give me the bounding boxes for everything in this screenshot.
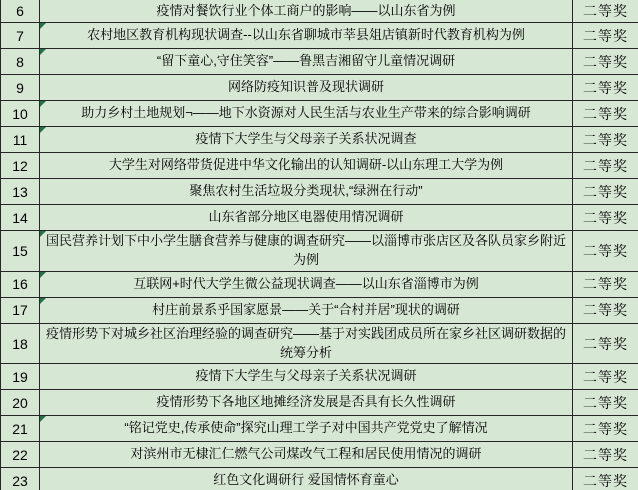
award-cell[interactable]: 二等奖	[573, 75, 638, 101]
table-row: 17 村庄前景系乎国家愿景——关于“合村并居”现状的调研 二等奖	[1, 297, 638, 323]
award-label: 二等奖	[583, 395, 628, 411]
title-cell[interactable]: “留下童心,守住笑容”——鲁黑吉湘留守儿童情况调研	[40, 49, 573, 75]
row-number: 14	[12, 210, 28, 226]
award-label: 二等奖	[583, 302, 628, 318]
project-title: 村庄前景系乎国家愿景——关于“合村并居”现状的调研	[152, 302, 460, 317]
row-number-cell[interactable]: 23	[1, 468, 40, 490]
title-cell[interactable]: 农村地区教育机构现状调查--以山东省聊城市莘县俎店镇新时代教育机构为例	[40, 23, 573, 49]
row-number-cell[interactable]: 9	[1, 75, 40, 101]
title-cell[interactable]: 疫情下大学生与父母亲子关系状况调研	[40, 364, 573, 390]
title-cell[interactable]: 聚焦农村生活垃圾分类现状,“绿洲在行动”	[40, 179, 573, 205]
table-row: 13 聚焦农村生活垃圾分类现状,“绿洲在行动” 二等奖	[1, 179, 638, 205]
row-number: 16	[12, 276, 28, 292]
title-cell[interactable]: 国民营养计划下中小学生膳食营养与健康的调查研究——以淄博市张店区及各队员家乡附近…	[40, 231, 573, 272]
award-label: 二等奖	[583, 276, 628, 292]
award-cell[interactable]: 二等奖	[573, 23, 638, 49]
row-number: 17	[12, 302, 28, 318]
title-cell[interactable]: 互联网+时代大学生微公益现状调查——以山东省淄博市为例	[40, 271, 573, 297]
row-number: 19	[12, 369, 28, 385]
row-number: 20	[12, 395, 28, 411]
cell-corner-triangle-icon	[40, 231, 46, 237]
cell-corner-triangle-icon	[40, 101, 46, 107]
award-label: 二等奖	[583, 473, 628, 489]
row-number-cell[interactable]: 6	[1, 0, 40, 23]
title-cell[interactable]: 大学生对网络带货促进中华文化输出的认知调研-以山东理工大学为例	[40, 153, 573, 179]
project-title: 疫情形势下各地区地摊经济发展是否具有长久性调研	[156, 394, 455, 409]
award-label: 二等奖	[583, 132, 628, 148]
award-cell[interactable]: 二等奖	[573, 442, 638, 468]
table-row: 18 疫情形势下对城乡社区治理经验的调查研究——基于对实践团成员所在家乡社区调研…	[1, 323, 638, 364]
row-number-cell[interactable]: 20	[1, 390, 40, 416]
project-title: 山东省部分地区电器使用情况调研	[208, 209, 403, 224]
award-cell[interactable]: 二等奖	[573, 468, 638, 490]
award-label: 二等奖	[583, 28, 628, 44]
award-cell[interactable]: 二等奖	[573, 101, 638, 127]
row-number: 11	[13, 132, 28, 148]
project-title: 助力乡村土地规划¬——地下水资源对人民生活与农业生产带来的综合影响调研	[81, 105, 531, 120]
award-cell[interactable]: 二等奖	[573, 271, 638, 297]
award-label: 二等奖	[583, 336, 628, 352]
award-cell[interactable]: 二等奖	[573, 127, 638, 153]
table-row: 8 “留下童心,守住笑容”——鲁黑吉湘留守儿童情况调研 二等奖	[1, 49, 638, 75]
project-title: 红色文化调研行 爱国情怀育童心	[213, 472, 399, 487]
table-row: 12 大学生对网络带货促进中华文化输出的认知调研-以山东理工大学为例 二等奖	[1, 153, 638, 179]
row-number-cell[interactable]: 11	[1, 127, 40, 153]
awards-table: 6 疫情对餐饮行业个体工商户的影响——以山东省为例 二等奖 7 农村地区教育机构…	[0, 0, 638, 490]
row-number: 23	[12, 473, 28, 489]
row-number: 15	[12, 243, 28, 259]
title-cell[interactable]: 助力乡村土地规划¬——地下水资源对人民生活与农业生产带来的综合影响调研	[40, 101, 573, 127]
row-number-cell[interactable]: 13	[1, 179, 40, 205]
project-title: “留下童心,守住笑容”——鲁黑吉湘留守儿童情况调研	[157, 53, 455, 68]
project-title: 大学生对网络带货促进中华文化输出的认知调研-以山东理工大学为例	[109, 157, 503, 172]
title-cell[interactable]: 山东省部分地区电器使用情况调研	[40, 205, 573, 231]
table-row: 11 疫情下大学生与父母亲子关系状况调查 二等奖	[1, 127, 638, 153]
title-cell[interactable]: 疫情形势下各地区地摊经济发展是否具有长久性调研	[40, 390, 573, 416]
project-title: 疫情下大学生与父母亲子关系状况调查	[195, 131, 416, 146]
award-label: 二等奖	[583, 243, 628, 259]
table-row: 10 助力乡村土地规划¬——地下水资源对人民生活与农业生产带来的综合影响调研 二…	[1, 101, 638, 127]
title-cell[interactable]: 疫情形势下对城乡社区治理经验的调查研究——基于对实践团成员所在家乡社区调研数据的…	[40, 323, 573, 364]
award-cell[interactable]: 二等奖	[573, 49, 638, 75]
cell-corner-triangle-icon	[40, 127, 46, 133]
row-number: 12	[12, 158, 28, 174]
project-title: 互联网+时代大学生微公益现状调查——以山东省淄博市为例	[133, 276, 479, 291]
row-number-cell[interactable]: 22	[1, 442, 40, 468]
row-number: 21	[12, 421, 28, 437]
award-label: 二等奖	[583, 210, 628, 226]
row-number-cell[interactable]: 16	[1, 271, 40, 297]
project-title: 农村地区教育机构现状调查--以山东省聊城市莘县俎店镇新时代教育机构为例	[87, 27, 525, 42]
award-cell[interactable]: 二等奖	[573, 231, 638, 272]
award-label: 二等奖	[583, 369, 628, 385]
row-number: 22	[12, 447, 28, 463]
title-cell[interactable]: 红色文化调研行 爱国情怀育童心	[40, 468, 573, 490]
award-cell[interactable]: 二等奖	[573, 205, 638, 231]
project-title: 对滨州市无棣汇仁燃气公司煤改气工程和居民使用情况的调研	[130, 446, 481, 461]
award-cell[interactable]: 二等奖	[573, 416, 638, 442]
row-number-cell[interactable]: 18	[1, 323, 40, 364]
award-label: 二等奖	[583, 421, 628, 437]
cell-corner-triangle-icon	[40, 49, 46, 55]
award-cell[interactable]: 二等奖	[573, 297, 638, 323]
row-number-cell[interactable]: 17	[1, 297, 40, 323]
table-row: 15 国民营养计划下中小学生膳食营养与健康的调查研究——以淄博市张店区及各队员家…	[1, 231, 638, 272]
project-title: 国民营养计划下中小学生膳食营养与健康的调查研究——以淄博市张店区及各队员家乡附近…	[46, 233, 566, 267]
table-row: 23 红色文化调研行 爱国情怀育童心 二等奖	[1, 468, 638, 490]
title-cell[interactable]: 疫情下大学生与父母亲子关系状况调查	[40, 127, 573, 153]
award-label: 二等奖	[583, 80, 628, 96]
award-cell[interactable]: 二等奖	[573, 0, 638, 23]
row-number-cell[interactable]: 7	[1, 23, 40, 49]
title-cell[interactable]: 对滨州市无棣汇仁燃气公司煤改气工程和居民使用情况的调研	[40, 442, 573, 468]
table-row: 7 农村地区教育机构现状调查--以山东省聊城市莘县俎店镇新时代教育机构为例 二等…	[1, 23, 638, 49]
project-title: 聚焦农村生活垃圾分类现状,“绿洲在行动”	[189, 183, 422, 198]
award-label: 二等奖	[583, 106, 628, 122]
table-row: 9 网络防疫知识普及现状调研 二等奖	[1, 75, 638, 101]
title-cell[interactable]: 村庄前景系乎国家愿景——关于“合村并居”现状的调研	[40, 297, 573, 323]
award-label: 二等奖	[583, 447, 628, 463]
cell-corner-triangle-icon	[40, 272, 46, 278]
row-number: 7	[16, 28, 24, 44]
project-title: 网络防疫知识普及现状调研	[228, 79, 384, 94]
row-number: 10	[12, 106, 28, 122]
cell-corner-triangle-icon	[40, 416, 46, 422]
award-label: 二等奖	[583, 3, 628, 19]
award-cell[interactable]: 二等奖	[573, 323, 638, 364]
row-number: 18	[12, 336, 28, 352]
table-row: 6 疫情对餐饮行业个体工商户的影响——以山东省为例 二等奖	[1, 0, 638, 23]
award-cell[interactable]: 二等奖	[573, 390, 638, 416]
title-cell[interactable]: “铭记党史,传承使命”探究山理工学子对中国共产党党史了解情况	[40, 416, 573, 442]
project-title: 疫情对餐饮行业个体工商户的影响——以山东省为例	[156, 3, 455, 18]
row-number-cell[interactable]: 8	[1, 49, 40, 75]
row-number: 13	[12, 184, 28, 200]
cell-corner-triangle-icon	[40, 298, 46, 304]
cell-corner-triangle-icon	[40, 23, 46, 29]
row-number: 6	[16, 3, 24, 19]
table-row: 22 对滨州市无棣汇仁燃气公司煤改气工程和居民使用情况的调研 二等奖	[1, 442, 638, 468]
award-cell[interactable]: 二等奖	[573, 179, 638, 205]
award-label: 二等奖	[583, 158, 628, 174]
row-number: 8	[16, 54, 24, 70]
award-cell[interactable]: 二等奖	[573, 153, 638, 179]
row-number-cell[interactable]: 21	[1, 416, 40, 442]
project-title: 疫情形势下对城乡社区治理经验的调查研究——基于对实践团成员所在家乡社区调研数据的…	[46, 326, 566, 360]
table-row: 14 山东省部分地区电器使用情况调研 二等奖	[1, 205, 638, 231]
table-row: 16 互联网+时代大学生微公益现状调查——以山东省淄博市为例 二等奖	[1, 271, 638, 297]
project-title: 疫情下大学生与父母亲子关系状况调研	[195, 368, 416, 383]
row-number-cell[interactable]: 15	[1, 231, 40, 272]
title-cell[interactable]: 疫情对餐饮行业个体工商户的影响——以山东省为例	[40, 0, 573, 23]
row-number-cell[interactable]: 19	[1, 364, 40, 390]
project-title: “铭记党史,传承使命”探究山理工学子对中国共产党党史了解情况	[124, 420, 487, 435]
award-cell[interactable]: 二等奖	[573, 364, 638, 390]
row-number-cell[interactable]: 12	[1, 153, 40, 179]
award-label: 二等奖	[583, 184, 628, 200]
row-number: 9	[16, 80, 24, 96]
title-cell[interactable]: 网络防疫知识普及现状调研	[40, 75, 573, 101]
row-number-cell[interactable]: 14	[1, 205, 40, 231]
row-number-cell[interactable]: 10	[1, 101, 40, 127]
award-label: 二等奖	[583, 54, 628, 70]
table-row: 19 疫情下大学生与父母亲子关系状况调研 二等奖	[1, 364, 638, 390]
table-row: 21 “铭记党史,传承使命”探究山理工学子对中国共产党党史了解情况 二等奖	[1, 416, 638, 442]
table-row: 20 疫情形势下各地区地摊经济发展是否具有长久性调研 二等奖	[1, 390, 638, 416]
